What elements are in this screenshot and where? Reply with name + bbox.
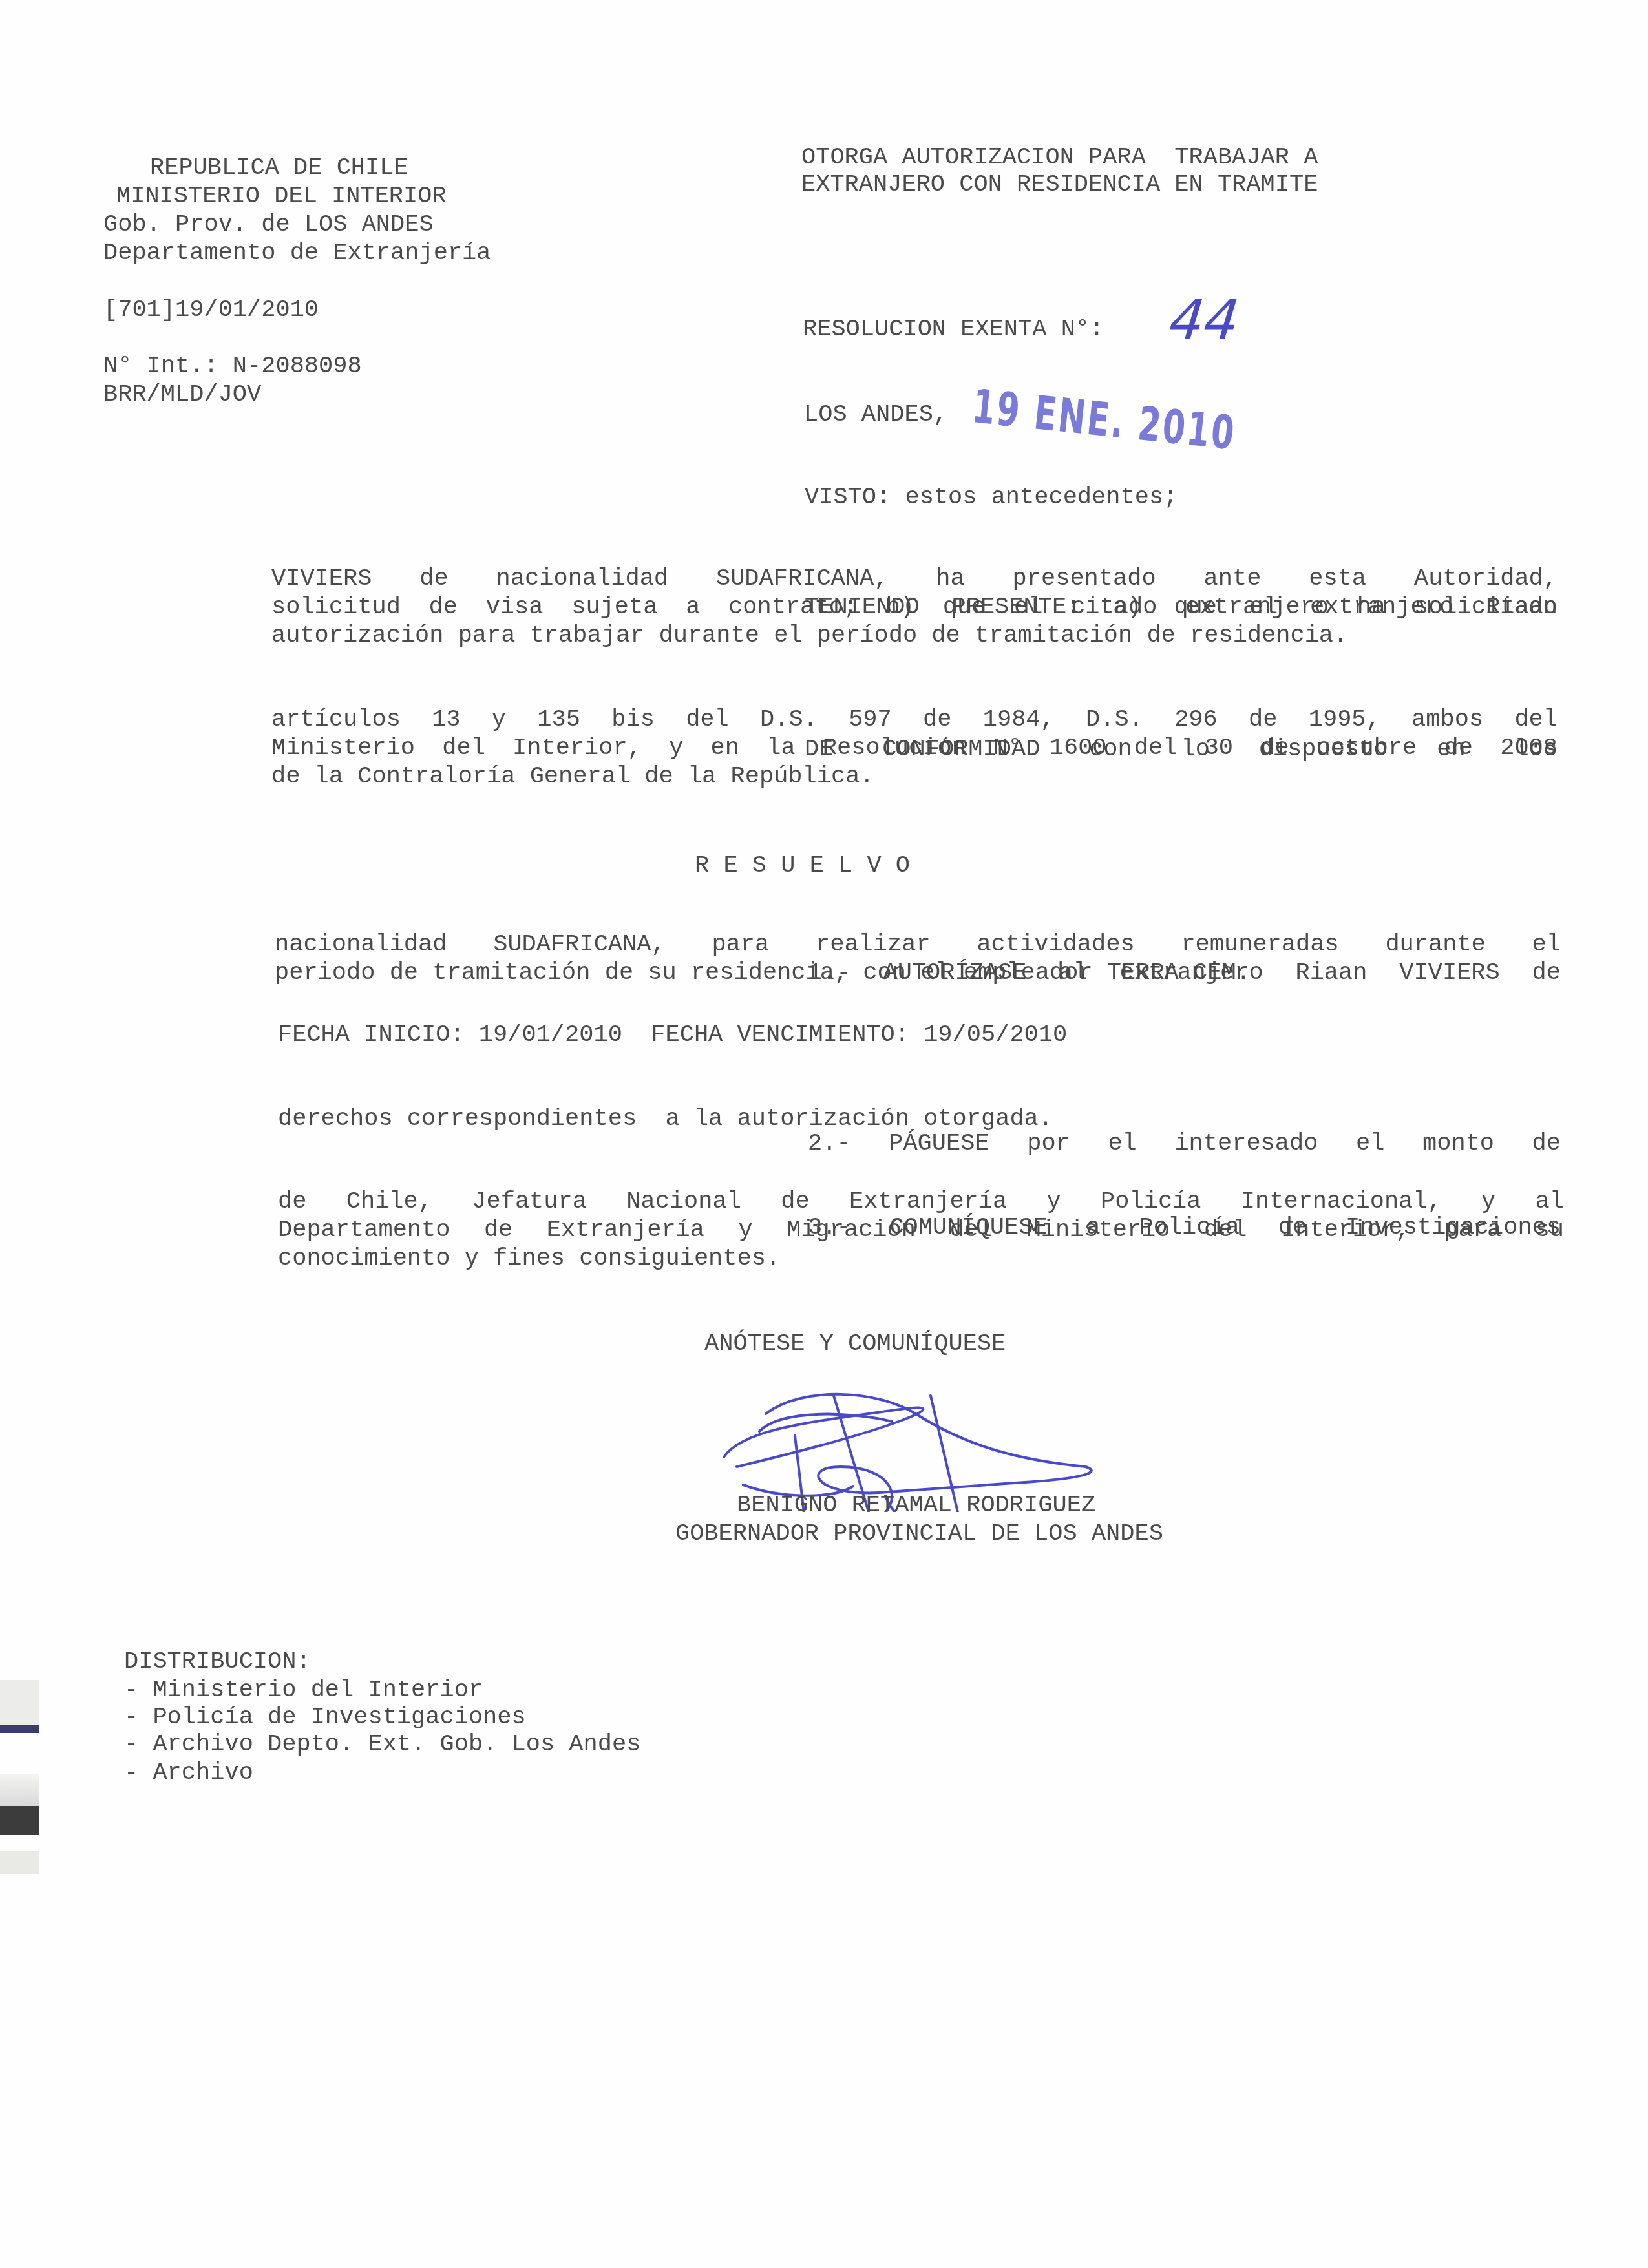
item3-paragraph: de Chile, Jefatura Nacional de Extranjer… <box>278 1188 1564 1273</box>
visto-line: VISTO: estos antecedentes; <box>805 483 1178 512</box>
closing-line: ANÓTESE Y COMUNÍQUESE <box>704 1330 1006 1358</box>
resolution-number-handwritten: 44 <box>1167 288 1242 352</box>
conformidad-paragraph: artículos 13 y 135 bis del D.S. 597 de 1… <box>271 706 1558 791</box>
scan-edge-bar <box>0 1725 39 1733</box>
distribution-heading: DISTRIBUCION: <box>124 1648 311 1676</box>
scan-edge-gradient <box>0 1774 39 1806</box>
item3-text-2: de Chile, Jefatura Nacional de Extranjer… <box>278 1188 1564 1216</box>
teniendo-text-2: VIVIERS de nacionalidad SUDAFRICANA, ha … <box>271 565 1558 593</box>
header-ministry: MINISTERIO DEL INTERIOR <box>116 182 447 211</box>
scan-edge-light-2 <box>0 1851 39 1874</box>
header-gob-prov: Gob. Prov. de LOS ANDES <box>103 211 434 239</box>
reference-date: [701]19/01/2010 <box>103 296 319 324</box>
fechas-line: FECHA INICIO: 19/01/2010 FECHA VENCIMIEN… <box>278 1021 1067 1049</box>
header-republic: REPUBLICA DE CHILE <box>150 154 408 182</box>
teniendo-paragraph: VIVIERS de nacionalidad SUDAFRICANA, ha … <box>271 565 1558 650</box>
teniendo-text-3: solicitud de visa sujeta a contrato; b) … <box>271 593 1558 622</box>
header-department: Departamento de Extranjería <box>103 239 491 268</box>
item1-paragraph: nacionalidad SUDAFRICANA, para realizar … <box>275 930 1561 987</box>
item2-text-2: derechos correspondientes a la autorizac… <box>278 1105 1053 1133</box>
distribution-item: - Archivo <box>124 1759 253 1787</box>
item3-text-3: Departamento de Extranjería y Migración … <box>278 1216 1564 1244</box>
subject-line-1: OTORGA AUTORIZACION PARA TRABAJAR A <box>801 143 1318 172</box>
document-page: REPUBLICA DE CHILE MINISTERIO DEL INTERI… <box>0 0 1648 2268</box>
distribution-item: - Ministerio del Interior <box>124 1676 483 1705</box>
resolution-label: RESOLUCION EXENTA N°: <box>803 315 1104 344</box>
item1-text-3: periodo de tramitación de su residencia,… <box>275 959 1561 987</box>
signatory-title: GOBERNADOR PROVINCIAL DE LOS ANDES <box>675 1520 1163 1548</box>
distribution-item: - Archivo Depto. Ext. Gob. Los Andes <box>124 1730 640 1759</box>
place-label: LOS ANDES, <box>804 401 947 429</box>
initials: BRR/MLD/JOV <box>103 381 261 409</box>
conformidad-text-3: Ministerio del Interior, y en la Resoluc… <box>271 734 1558 762</box>
item1-text-2: nacionalidad SUDAFRICANA, para realizar … <box>275 930 1561 959</box>
date-stamp: 19 ENE. 2010 <box>970 380 1238 459</box>
item2-text-1: 2.- PÁGUESE por el interesado el monto d… <box>808 1129 1561 1158</box>
signatory-name: BENIGNO RETAMAL RODRIGUEZ <box>737 1491 1095 1520</box>
internal-number: N° Int.: N-2088098 <box>103 352 362 381</box>
subject-line-2: EXTRANJERO CON RESIDENCIA EN TRAMITE <box>801 171 1318 199</box>
item3-text-4: conocimiento y fines consiguientes. <box>278 1244 1564 1273</box>
conformidad-text-2: artículos 13 y 135 bis del D.S. 597 de 1… <box>271 706 1558 734</box>
resuelvo-heading: R E S U E L V O <box>695 852 910 880</box>
scan-edge-dark <box>0 1806 39 1835</box>
distribution-item: - Policía de Investigaciones <box>124 1703 526 1732</box>
conformidad-text-4: de la Contraloría General de la Repúblic… <box>271 762 1558 791</box>
teniendo-text-4: autorización para trabajar durante el pe… <box>271 622 1558 650</box>
scan-edge-light <box>0 1680 39 1725</box>
